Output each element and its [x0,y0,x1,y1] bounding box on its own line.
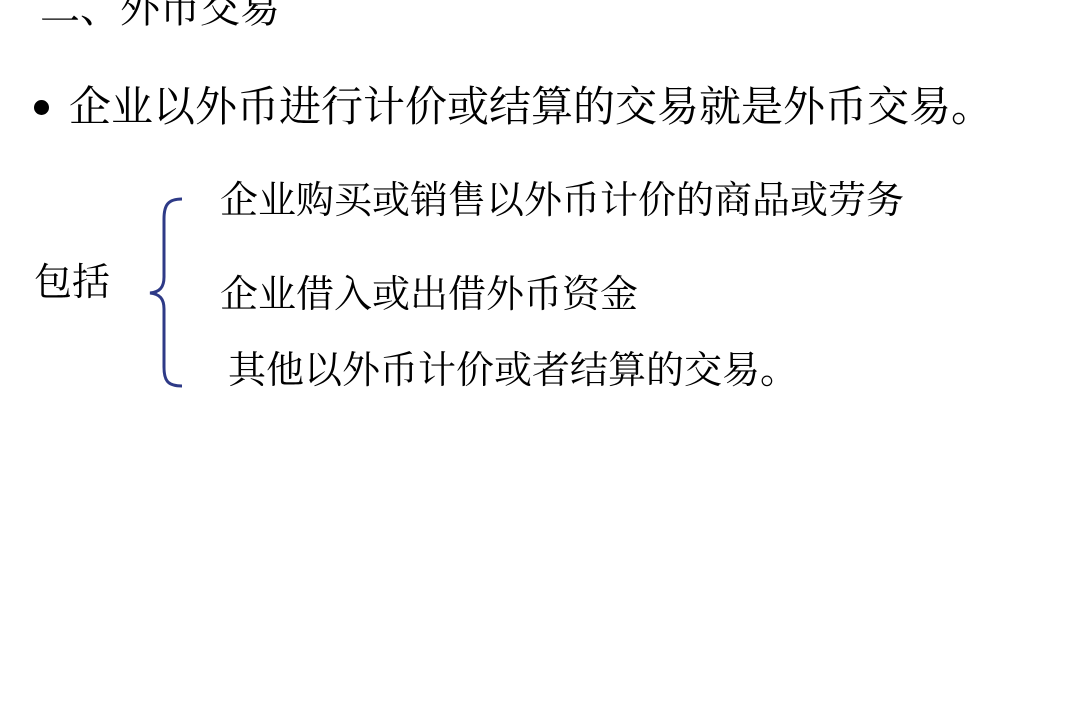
list-item: 其他以外币计价或者结算的交易。 [228,348,798,392]
slide-title: 二、外币交易 [40,0,280,32]
list-item: 企业借入或出借外币资金 [220,272,638,316]
curly-brace-icon [146,195,186,390]
bullet-dot-icon [34,100,49,115]
bullet-point: 企业以外币进行计价或结算的交易就是外币交易。 [34,82,993,132]
bullet-text: 企业以外币进行计价或结算的交易就是外币交易。 [69,82,993,131]
group-label: 包括 [34,260,110,304]
list-item: 企业购买或销售以外币计价的商品或劳务 [220,178,904,222]
